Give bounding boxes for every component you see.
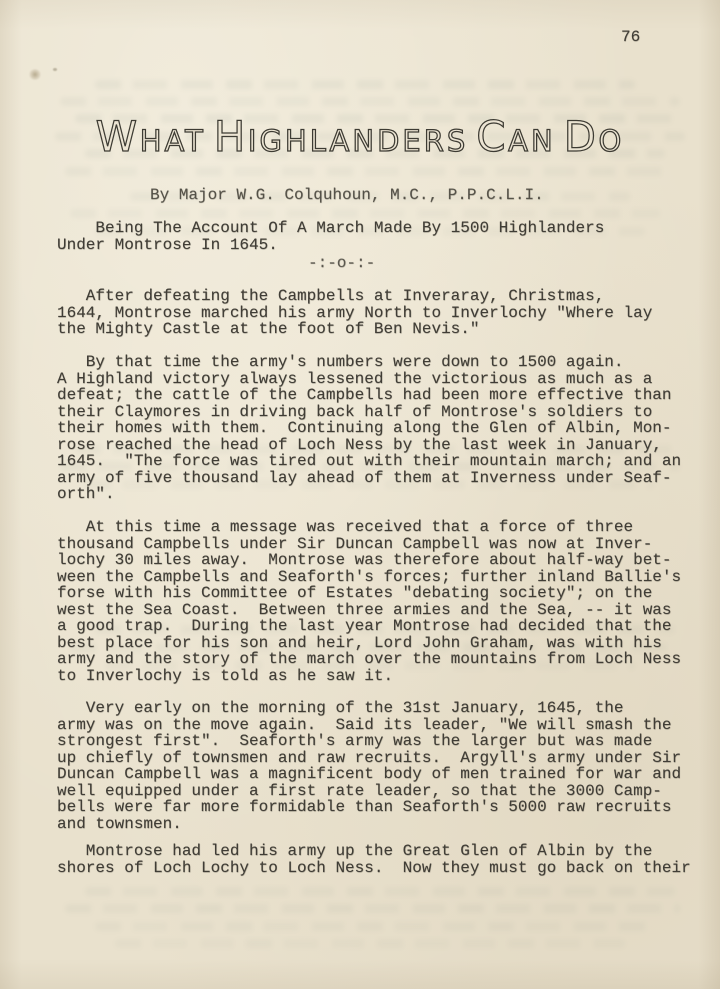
title-word: DO [564, 136, 625, 155]
byline: By Major W.G. Colquhoun, M.C., P.P.C.L.I… [150, 187, 544, 204]
bleedthrough-line [115, 939, 625, 948]
bleedthrough-line [70, 209, 660, 218]
title-letters: AN [508, 124, 556, 158]
section-divider: -:-o-:- [308, 255, 375, 272]
title-word: HIGHLANDERS [214, 136, 469, 155]
bleedthrough-line [65, 904, 680, 913]
paragraph: After defeating the Campbells at Inverar… [57, 288, 652, 338]
paragraph: At this time a message was received that… [57, 519, 681, 684]
title-letters: O [599, 124, 625, 158]
bleedthrough-line [95, 80, 635, 89]
paragraph: By that time the army's numbers were dow… [57, 354, 681, 503]
document-page: 76 WHATHIGHLANDERSCANDO By Major W.G. Co… [0, 0, 720, 989]
page-number: 76 [621, 29, 640, 46]
title-letters: HAT [140, 124, 206, 158]
title-letter: W [96, 112, 140, 161]
subtitle: Being The Account Of A March Made By 150… [57, 220, 604, 253]
title-letter: D [564, 112, 599, 161]
title-word: WHAT [96, 136, 206, 155]
page-title: WHATHIGHLANDERSCANDO [0, 116, 720, 167]
bleedthrough-line [85, 887, 675, 896]
title-word: CAN [476, 136, 555, 155]
ink-stain [29, 69, 41, 80]
title-letter: C [476, 112, 508, 161]
title-letters: IGHLANDERS [248, 124, 468, 158]
paragraph: Very early on the morning of the 31st Ja… [57, 700, 681, 832]
bleedthrough-line [60, 97, 680, 106]
paragraph: Montrose had led his army up the Great G… [57, 843, 691, 876]
bleedthrough-line [95, 922, 655, 931]
title-letter: H [214, 112, 248, 161]
bleedthrough-line [65, 167, 665, 176]
